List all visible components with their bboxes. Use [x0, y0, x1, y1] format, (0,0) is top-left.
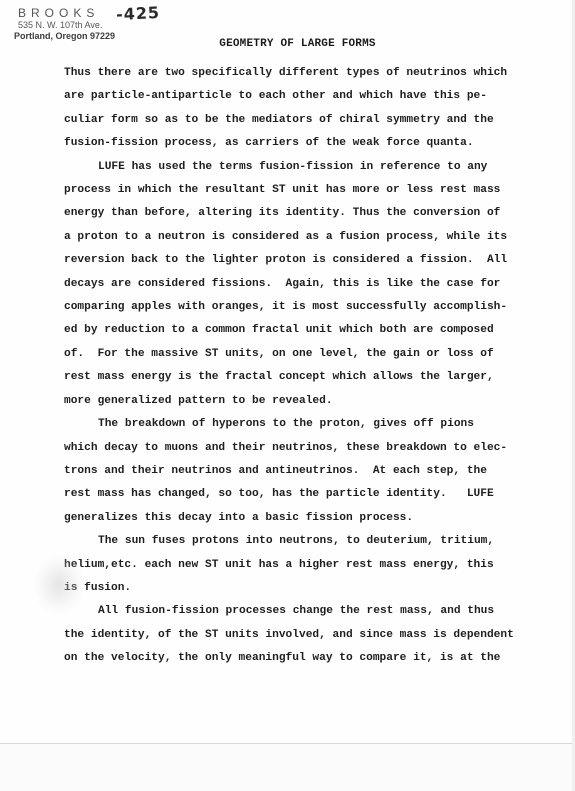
letterhead-address: 535 N. W. 107th Ave.: [18, 20, 115, 31]
text-line: process in which the resultant ST unit h…: [64, 179, 544, 202]
text-line: are particle-antiparticle to each other …: [64, 85, 544, 108]
document-title: GEOMETRY OF LARGE FORMS: [0, 38, 575, 50]
text-line: rest mass has changed, so too, has the p…: [64, 483, 544, 506]
text-line: The sun fuses protons into neutrons, to …: [64, 530, 544, 553]
handwritten-number: -425: [116, 3, 161, 24]
text-line: LUFE has used the terms fusion-fission i…: [64, 156, 544, 179]
text-line: generalizes this decay into a basic fiss…: [64, 507, 544, 530]
text-line: energy than before, altering its identit…: [64, 202, 544, 225]
text-line: comparing apples with oranges, it is mos…: [64, 296, 544, 319]
text-line: culiar form so as to be the mediators of…: [64, 109, 544, 132]
text-line: fusion-fission process, as carriers of t…: [64, 132, 544, 155]
letterhead-stamp: BROOKS 535 N. W. 107th Ave. Portland, Or…: [14, 6, 115, 42]
text-line: Thus there are two specifically differen…: [64, 62, 544, 85]
paper-smudge: [34, 555, 84, 615]
text-line: the identity, of the ST units involved, …: [64, 624, 544, 647]
text-line: All fusion-fission processes change the …: [64, 600, 544, 623]
scan-margin: [0, 744, 575, 791]
text-line: The breakdown of hyperons to the proton,…: [64, 413, 544, 436]
text-line: on the velocity, the only meaningful way…: [64, 647, 544, 670]
document-body: Thus there are two specifically differen…: [64, 62, 544, 671]
document-page: BROOKS 535 N. W. 107th Ave. Portland, Or…: [0, 0, 575, 791]
text-line: which decay to muons and their neutrinos…: [64, 437, 544, 460]
text-line: is fusion.: [64, 577, 544, 600]
text-line: of. For the massive ST units, on one lev…: [64, 343, 544, 366]
letterhead-name: BROOKS: [18, 6, 115, 20]
text-line: decays are considered fissions. Again, t…: [64, 273, 544, 296]
text-line: a proton to a neutron is considered as a…: [64, 226, 544, 249]
text-line: ed by reduction to a common fractal unit…: [64, 319, 544, 342]
text-line: helium,etc. each new ST unit has a highe…: [64, 554, 544, 577]
text-line: trons and their neutrinos and antineutri…: [64, 460, 544, 483]
text-line: rest mass energy is the fractal concept …: [64, 366, 544, 389]
text-line: reversion back to the lighter proton is …: [64, 249, 544, 272]
text-line: more generalized pattern to be revealed.: [64, 390, 544, 413]
